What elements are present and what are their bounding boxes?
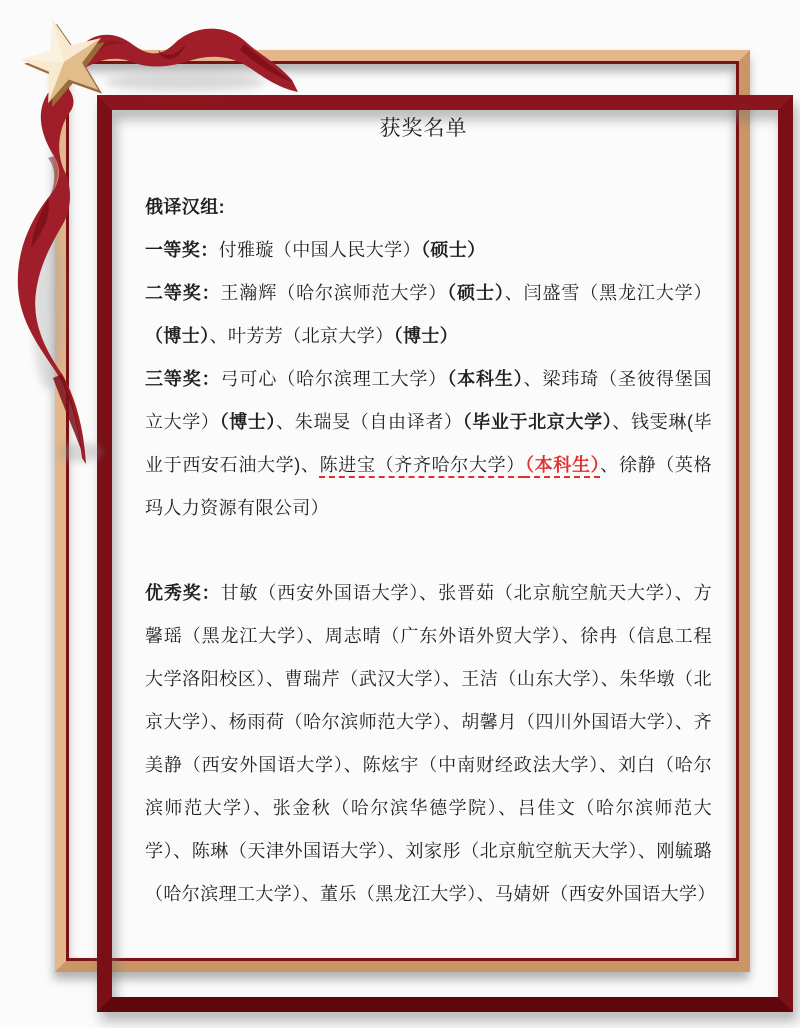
text-run: 、闫盛雪（黑龙江大学） <box>505 283 712 303</box>
text-run: （毕业于北京大学） <box>463 412 613 432</box>
text-run: 三等奖： <box>145 369 221 389</box>
award-list: 俄译汉组:一等奖：付雅璇（中国人民大学）（硕士）二等奖：王瀚辉（哈尔滨师范大学）… <box>112 186 735 916</box>
text-run: 二等奖： <box>145 283 221 303</box>
paragraph-group-heading: 俄译汉组: <box>145 186 712 229</box>
text-run: 付雅璇（中国人民大学） <box>219 240 421 260</box>
paragraph-first-prize: 一等奖：付雅璇（中国人民大学）（硕士） <box>145 229 712 272</box>
text-run: 、朱瑞旻（自由译者） <box>276 412 462 432</box>
paragraph-excellence-award: 优秀奖：甘敏（西安外国语大学）、张晋茹（北京航空航天大学）、方馨瑶（黑龙江大学）… <box>145 572 712 916</box>
text-run: （博士） <box>145 326 210 346</box>
text-run: （博士） <box>394 326 459 346</box>
text-run: （本科生） <box>447 369 523 389</box>
text-run: （本科生） <box>525 455 600 475</box>
text-run: 俄译汉组: <box>145 197 225 217</box>
text-run: 甘敏（西安外国语大学）、张晋茹（北京航空航天大学）、方馨瑶（黑龙江大学）、周志晴… <box>145 583 716 904</box>
text-run: 王瀚辉（哈尔滨师范大学） <box>221 283 448 303</box>
paragraph-second-prize: 二等奖：王瀚辉（哈尔滨师范大学）（硕士）、闫盛雪（黑龙江大学）（博士）、叶芳芳（… <box>145 272 712 358</box>
content-area: 获奖名单 俄译汉组:一等奖：付雅璇（中国人民大学）（硕士）二等奖：王瀚辉（哈尔滨… <box>112 95 735 916</box>
text-run: （硕士） <box>421 240 486 260</box>
text-run: 优秀奖： <box>145 583 221 603</box>
text-run: （博士） <box>220 412 277 432</box>
text-run: 陈进宝（齐齐哈尔大学） <box>320 455 525 475</box>
text-run: 弓可心（哈尔滨理工大学） <box>221 369 448 389</box>
paragraph-third-prize: 三等奖：弓可心（哈尔滨理工大学）（本科生）、梁玮琦（圣彼得堡国立大学）（博士）、… <box>145 358 712 530</box>
text-run: （硕士） <box>447 283 505 303</box>
text-run: 一等奖： <box>145 240 219 260</box>
page-title: 获奖名单 <box>112 95 735 142</box>
text-run: 、叶芳芳（北京大学） <box>210 326 394 346</box>
certificate-page: 获奖名单 俄译汉组:一等奖：付雅璇（中国人民大学）（硕士）二等奖：王瀚辉（哈尔滨… <box>0 0 800 1028</box>
